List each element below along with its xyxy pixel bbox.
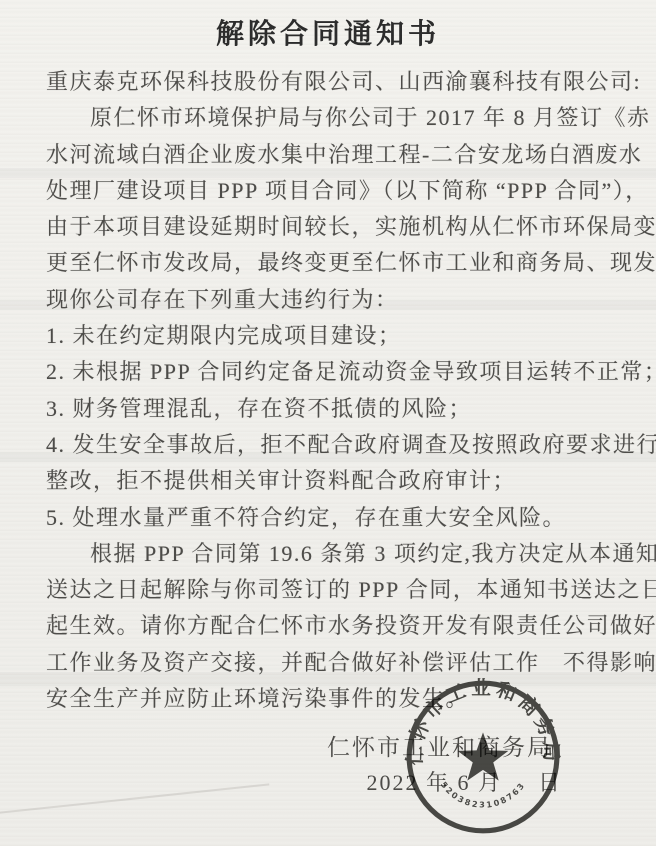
list-item-1: 1. 未在约定期限内完成项目建设； (46, 318, 614, 354)
paper-crease (0, 783, 269, 814)
recipients-line: 重庆泰克环保科技股份有限公司、山西渝襄科技有限公司: (46, 64, 614, 100)
body-line: 根据 PPP 合同第 19.6 条第 3 项约定,我方决定从本通知 (46, 536, 614, 572)
star-icon (458, 732, 509, 780)
body-line: 工作业务及资产交接，并配合做好补偿评估工作 不得影响 (46, 645, 614, 681)
body-line: 起生效。请你方配合仁怀市水务投资开发有限责任公司做好 (46, 608, 614, 644)
list-item-2: 2. 未根据 PPP 合同约定备足流动资金导致项目运转不正常； (46, 354, 614, 390)
seal-code: 5203823108763 (439, 780, 527, 810)
body-line: 送达之日起解除与你司签订的 PPP 合同，本通知书送达之日 (46, 572, 614, 608)
body-line: 处理厂建设项目 PPP 项目合同》（以下简称 “PPP 合同”）， (46, 173, 614, 209)
list-item-5: 5. 处理水量严重不符合约定，存在重大安全风险。 (46, 500, 614, 536)
scanned-document-page: 解除合同通知书 重庆泰克环保科技股份有限公司、山西渝襄科技有限公司: 原仁怀市环… (0, 0, 656, 846)
document-title: 解除合同通知书 (0, 12, 656, 52)
official-seal: 仁怀市工业和商务局 5203823108763 (403, 677, 563, 837)
body-line: 更至仁怀市发改局，最终变更至仁怀市工业和商务局、现发 (46, 245, 614, 281)
body-line: 现你公司存在下列重大违约行为： (46, 282, 614, 318)
list-item-4-cont: 整改，拒不提供相关审计资料配合政府审计； (46, 463, 614, 499)
body-line: 由于本项目建设延期时间较长，实施机构从仁怀市环保局变 (46, 209, 614, 245)
list-item-3: 3. 财务管理混乱，存在资不抵债的风险； (46, 391, 614, 427)
body-line: 水河流域白酒企业废水集中治理工程-二合安龙场白酒废水 (46, 137, 614, 173)
body-line: 原仁怀市环境保护局与你公司于 2017 年 8 月签订《赤 (46, 100, 614, 136)
document-body: 重庆泰克环保科技股份有限公司、山西渝襄科技有限公司: 原仁怀市环境保护局与你公司… (46, 64, 614, 717)
list-item-4: 4. 发生安全事故后，拒不配合政府调查及按照政府要求进行 (46, 427, 614, 463)
